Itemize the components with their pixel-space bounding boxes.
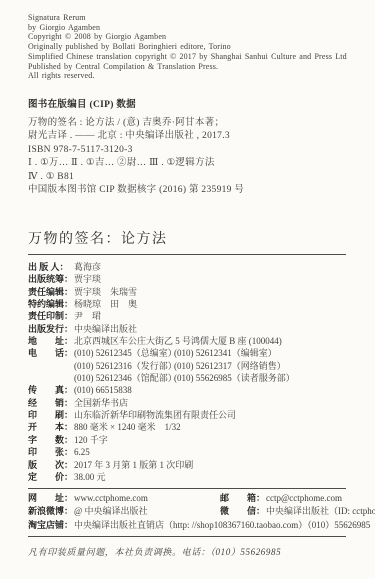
contact-row: 新浪微博： @ 中央编译出版社 微 信： 中央编译出版社（ID: cctphom… [28,505,365,518]
cip-line: 尉光吉译 . —— 北京 : 中央编译出版社 , 2017.3 [28,130,244,143]
info-value: (010) 52612345（总编室） [74,347,174,359]
publication-info-row: (010) 52612316（发行部） (010) 52612317（网络销售） [28,360,365,372]
publication-info-row: (010) 52612346（馆配部） (010) 55626985（读者服务部… [28,372,365,384]
info-label: 传 真： [28,384,74,396]
info-label: 电 话： [28,347,74,359]
info-value-secondary: (010) 55626985（读者服务部） [174,372,295,384]
publication-info-row: 出 版 人： 葛海彦 [28,261,365,273]
publication-info-row: 经 销： 全国新华书店 [28,397,365,409]
publication-info-row: 责任编辑： 贾宇琰 朱瑞雪 [28,286,365,298]
contact-label: 网 址： [28,492,74,505]
publication-info-row: 特约编辑： 杨晓琼 田 奥 [28,298,365,310]
info-value: 尹 珺 [74,310,101,322]
publication-info-row: 定 价： 38.00 元 [28,471,365,483]
contact-value-secondary: 中央编译出版社（ID: cctphome） [266,505,375,518]
info-label: 印 刷： [28,409,74,421]
info-label: 出 版 人： [28,261,74,273]
info-value: 贾宇琰 朱瑞雪 [74,286,137,298]
publication-info-row: 版 次： 2017 年 3 月第 1 版第 1 次印刷 [28,459,365,471]
english-copyright-block: Signatura Rerum by Giorgio Agamben Copyr… [28,13,347,81]
contact-row: 网 址： www.cctphome.com 邮 箱： cctp@cctphome… [28,492,365,505]
copyright-line: Published by Central Compilation & Trans… [28,62,347,72]
book-colophon-page: Signatura Rerum by Giorgio Agamben Copyr… [0,0,375,579]
info-value: (010) 66515838 [74,384,132,396]
copyright-line: All rights reserved. [28,71,347,81]
info-label: 责任编辑： [28,286,74,298]
copyright-line: Copyright © 2008 by Giorgio Agamben [28,32,347,42]
publication-info-row: 电 话： (010) 52612345（总编室） (010) 52612341（… [28,347,365,359]
publication-info-row: 传 真： (010) 66515838 [28,384,365,396]
info-label: 版 次： [28,459,74,471]
info-value: 葛海彦 [74,261,101,273]
info-value: 6.25 [74,446,90,458]
info-value: 120 千字 [74,434,108,446]
info-value: 2017 年 3 月第 1 版第 1 次印刷 [74,459,193,471]
info-label: 经 销： [28,397,74,409]
copyright-line: Originally published by Bollati Boringhi… [28,42,347,52]
publication-info-row: 印 刷： 山东临沂新华印刷物流集团有限责任公司 [28,409,365,421]
info-label: 责任印制： [28,310,74,322]
contact-value: www.cctphome.com [74,492,220,505]
info-value: 山东临沂新华印刷物流集团有限责任公司 [74,409,236,421]
contact-value-secondary: cctp@cctphome.com [266,492,342,505]
divider-rule-top [28,254,346,255]
info-value: (010) 52612346（馆配部） [74,372,174,384]
copyright-line: Simplified Chinese translation copyright… [28,52,347,62]
copyright-line: Signatura Rerum [28,13,347,23]
contact-row: 淘宝店铺： 中央编译出版社直销店（http: //shop108367160.t… [28,519,365,532]
contact-info-block: 网 址： www.cctphome.com 邮 箱： cctp@cctphome… [28,492,365,532]
cip-line: 中国版本图书馆 CIP 数据核字 (2016) 第 235919 号 [28,184,244,197]
copyright-line: by Giorgio Agamben [28,23,347,33]
contact-value: @ 中央编译出版社 [74,505,220,518]
info-value: 贾宇琰 [74,273,101,285]
contact-label-secondary: 邮 箱： [220,492,266,505]
info-value-secondary: (010) 52612341（编辑室） [174,347,277,359]
info-label: 地 址： [28,335,74,347]
book-title: 万物的签名：论方法 [28,228,168,248]
info-value: 北京西城区车公庄大街乙 5 号鸿儒大厦 B 座 (100044) [74,335,282,347]
info-value: (010) 52612316（发行部） [74,360,174,372]
cip-line: 万物的签名 : 论方法 / (意) 吉奥乔·阿甘本著； [28,117,244,130]
info-value: 中央编译出版社 [74,323,137,335]
info-label [28,372,74,384]
publication-info-row: 印 张： 6.25 [28,446,365,458]
info-label: 特约编辑： [28,298,74,310]
info-label [28,360,74,372]
cip-line: ISBN 978-7-5117-3120-3 [28,144,244,157]
cip-line: Ⅳ . ① B81 [28,171,244,184]
info-value: 880 毫米 × 1240 毫米 1/32 [74,421,181,433]
publication-info-row: 出版统筹： 贾宇琰 [28,273,365,285]
cip-heading: 图书在版编目 (CIP) 数据 [28,96,136,110]
info-value-secondary: (010) 52612317（网络销售） [174,360,286,372]
publication-info-row: 责任印制： 尹 珺 [28,310,365,322]
publication-info-row: 出版发行： 中央编译出版社 [28,323,365,335]
contact-label: 淘宝店铺： [28,519,74,532]
divider-rule-middle [28,488,346,489]
info-label: 定 价： [28,471,74,483]
contact-label: 新浪微博： [28,505,74,518]
info-label: 开 本： [28,421,74,433]
cip-line: Ⅰ . ①万… Ⅱ . ①吉… ②尉… Ⅲ . ①逻辑方法 [28,157,244,170]
info-label: 印 张： [28,446,74,458]
contact-label-secondary: 微 信： [220,505,266,518]
info-value: 杨晓琼 田 奥 [74,298,137,310]
info-label: 出版统筹： [28,273,74,285]
quality-notice: 凡有印装质量问题，本社负责调换。电话：（010）55626985 [28,545,281,558]
info-value: 38.00 元 [74,471,106,483]
info-value: 全国新华书店 [74,397,128,409]
contact-value: 中央编译出版社直销店（http: //shop108367160.taobao.… [74,519,370,532]
publication-info-row: 开 本： 880 毫米 × 1240 毫米 1/32 [28,421,365,433]
publication-info-block: 出 版 人： 葛海彦 出版统筹： 贾宇琰 责任编辑： 贾宇琰 朱瑞雪 特约编辑：… [28,261,365,483]
publication-info-row: 字 数： 120 千字 [28,434,365,446]
publication-info-row: 地 址： 北京西城区车公庄大街乙 5 号鸿儒大厦 B 座 (100044) [28,335,365,347]
contact-label-secondary [370,519,375,532]
info-label: 出版发行： [28,323,74,335]
cip-data-block: 万物的签名 : 论方法 / (意) 吉奥乔·阿甘本著； 尉光吉译 . —— 北京… [28,117,244,197]
divider-rule-bottom [28,536,346,537]
info-label: 字 数： [28,434,74,446]
